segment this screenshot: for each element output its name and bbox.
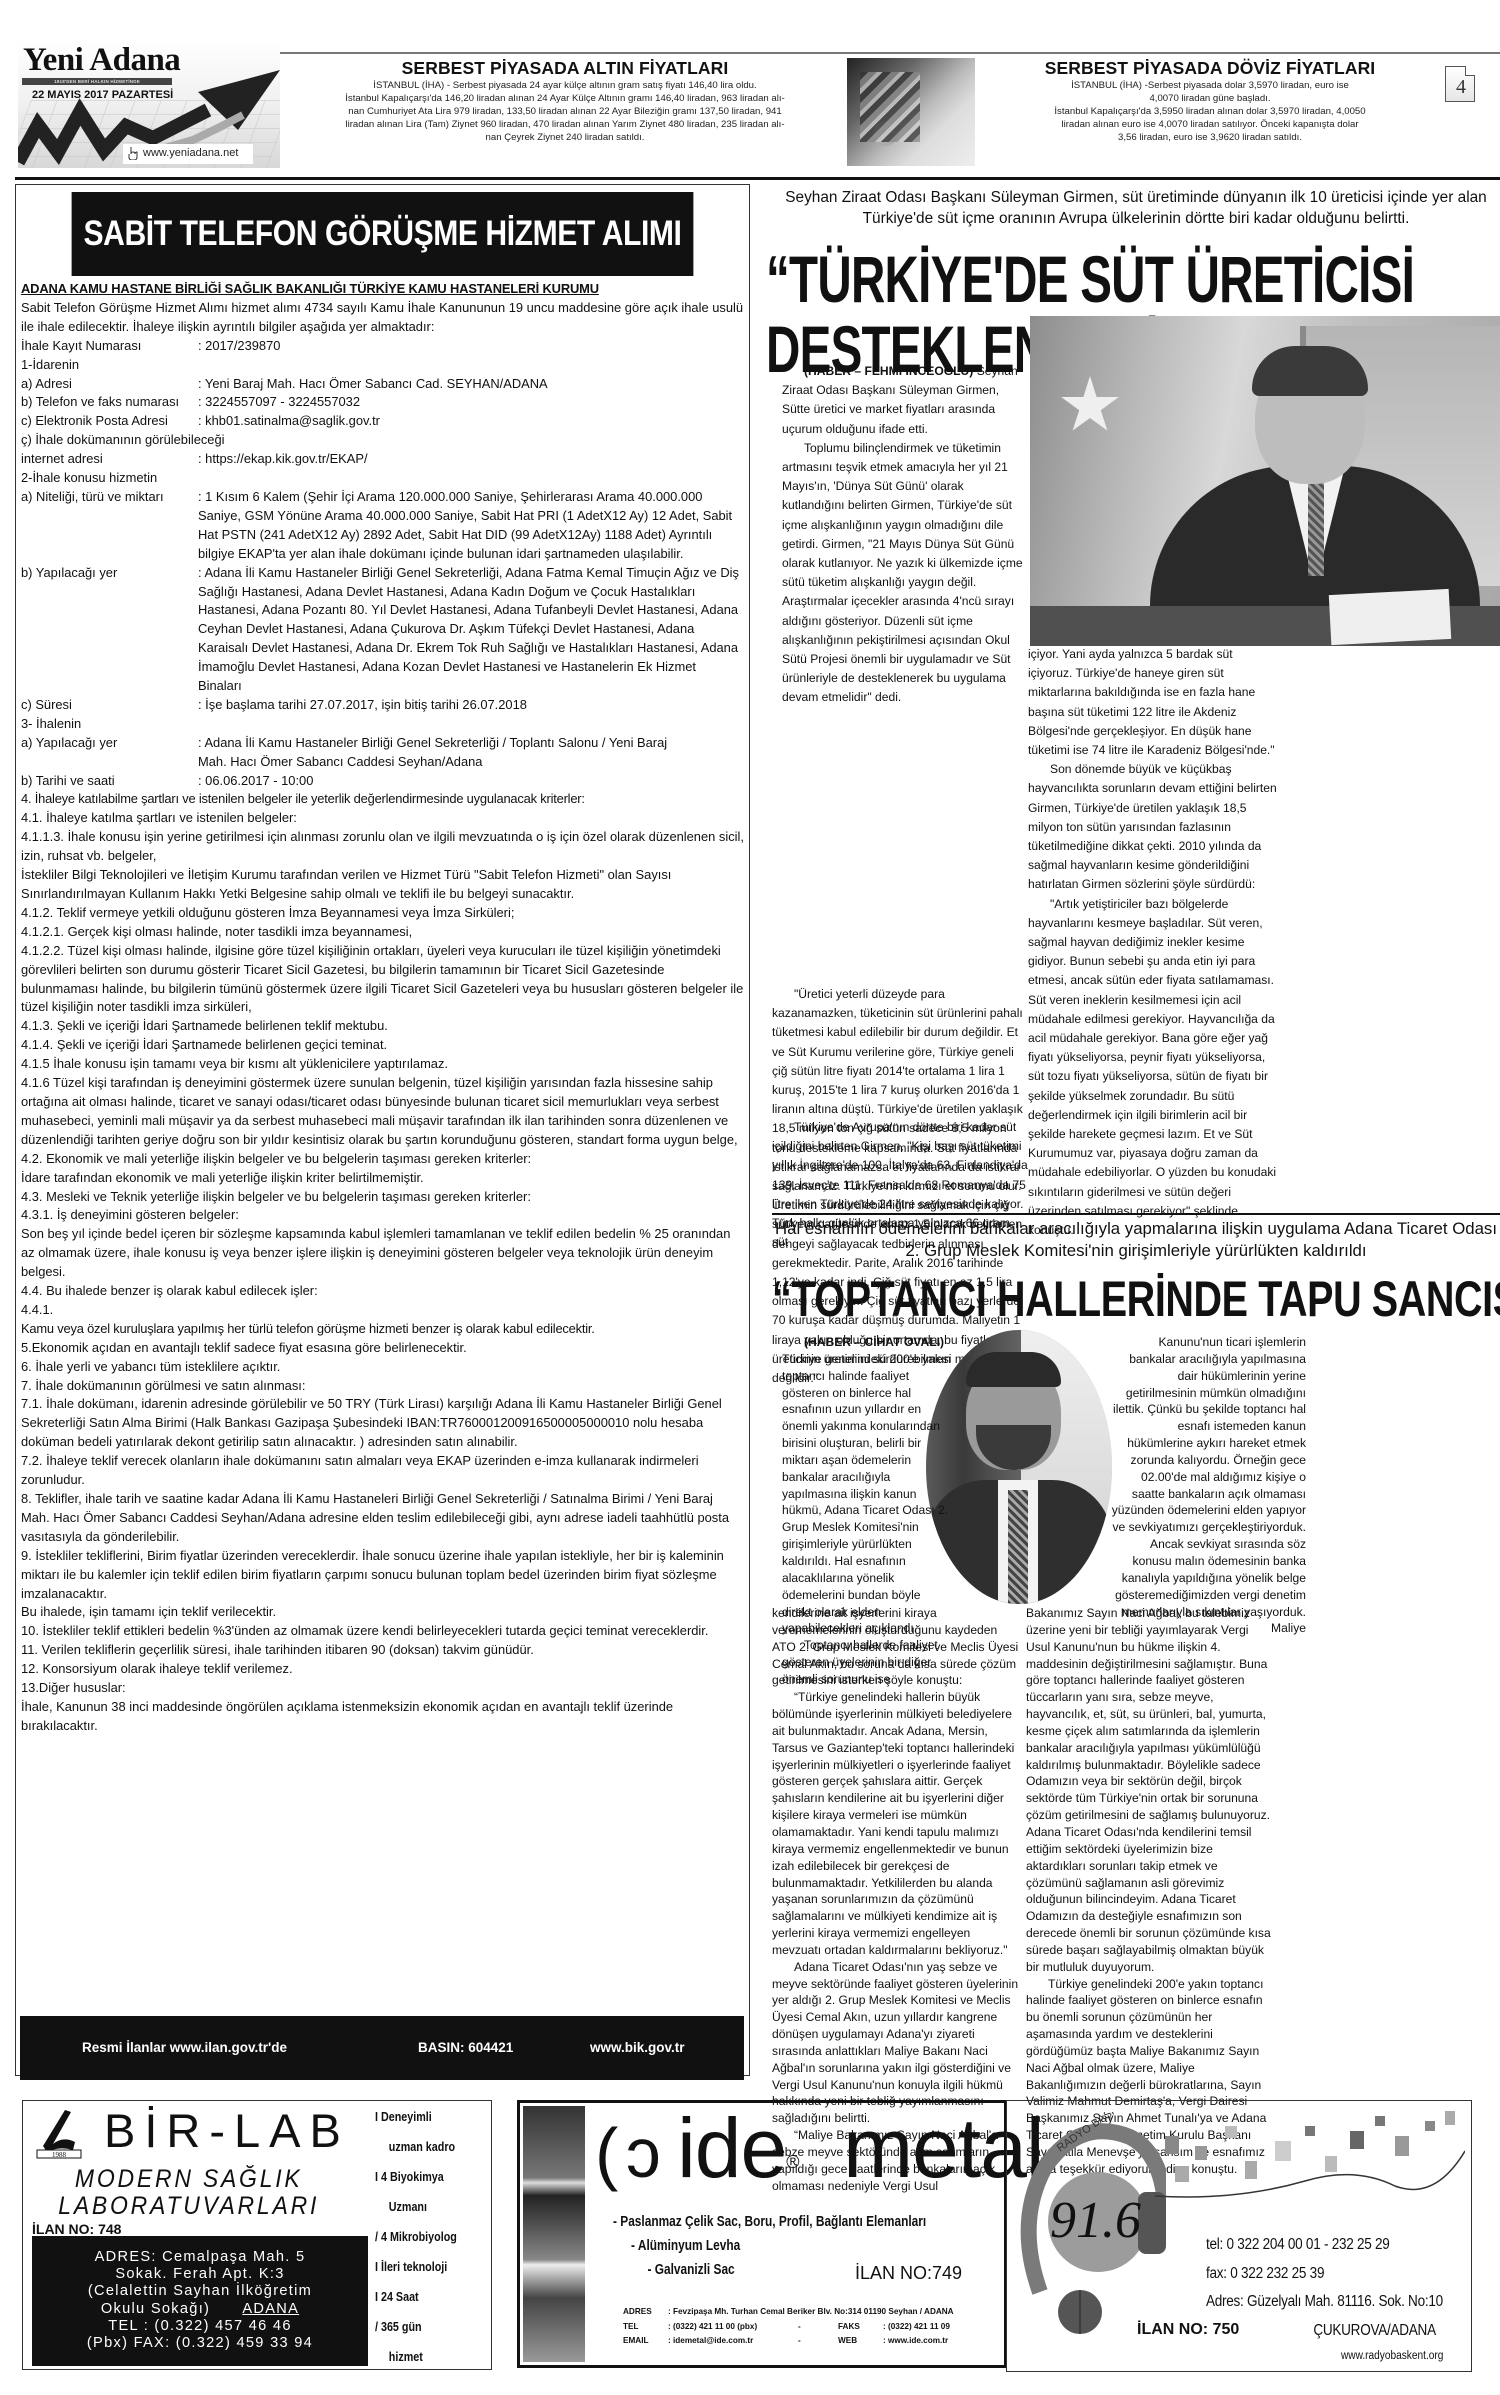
birlab-phone: TEL : (0.322) 457 46 46 (32, 2318, 368, 2335)
tender-clause: 8. Teklifler, ihale tarih ve saatine kad… (21, 1490, 744, 1547)
birlab-features-list: I Deneyimli uzman kadro I 4 Biyokimya Uz… (375, 2102, 490, 2372)
hal-article-headline: “TOPTANCI HALLERİNDE TAPU SANCISI” (772, 1270, 1500, 1328)
tender-footer-bar: Resmi İlanlar www.ilan.gov.tr'de BASIN: … (20, 2016, 744, 2080)
hal-article-lead: Hal esnafının ödemelerini bankalar aracı… (772, 1218, 1500, 1262)
birlab-ilan-no: İLAN NO: 748 (32, 2221, 121, 2237)
masthead: Yeni Adana 1918'DEN BERİ HALKIN HİZMETİN… (0, 0, 1500, 170)
hair-shape (1252, 346, 1368, 396)
svg-text:1988: 1988 (52, 2151, 67, 2159)
tender-field: c) Elektronik Posta Adresi: khb01.satina… (21, 412, 744, 431)
newspaper-slogan: 1918'DEN BERİ HALKIN HİZMETİNDE (22, 78, 172, 85)
tender-email-link[interactable]: : khb01.satinalma@saglik.gov.tr (198, 412, 744, 431)
tender-clause: 7. İhale dokümanının görülmesi ve satın … (21, 1377, 744, 1396)
hair-shape (966, 1352, 1061, 1387)
birlab-subtitle: MODERN SAĞLIK LABORATUVARLARI (30, 2166, 347, 2220)
tender-clause: 4.4. Bu ihalede benzer iş olarak kabul e… (21, 1282, 744, 1301)
masthead-rule (183, 52, 1500, 54)
birlab-address-box: ADRES: Cemalpaşa Mah. 5 Sokak. Ferah Apt… (32, 2236, 368, 2366)
tie-shape (1308, 476, 1324, 576)
radio-ilan-no: İLAN NO: 750 (1137, 2321, 1239, 2339)
tender-field: internet adresi: https://ekap.kik.gov.tr… (21, 450, 744, 469)
tender-field: 3- İhalenin (21, 715, 744, 734)
tender-clause: 9. İstekliler tekliflerini, Birim fiyatl… (21, 1547, 744, 1604)
svg-text:91.6: 91.6 (1050, 2192, 1141, 2249)
tender-clause: 4.1.5 İhale konusu işin tamamı veya bir … (21, 1055, 744, 1074)
tender-clause: İstekliler Bilgi Teknolojileri ve İletiş… (21, 866, 744, 904)
radio-website-link[interactable]: www.radyobaskent.org (1341, 2350, 1443, 2362)
newspaper-logo: Yeni Adana (23, 42, 180, 79)
tender-clause: 4.1.2.2. Tüzel kişi olması halinde, ilgi… (21, 942, 744, 1018)
tender-field: c) Süresi: İşe başlama tarihi 27.07.2017… (21, 696, 744, 715)
tender-clause: 6. İhale yerli ve yabancı tüm istekliler… (21, 1358, 744, 1377)
gold-bars-photo (860, 72, 920, 142)
tender-clause: Kamu veya özel kuruluşlara yapılmış her … (21, 1320, 744, 1339)
akin-portrait-photo (926, 1330, 1112, 1604)
tender-clause: 4.1.4. Şekli ve içeriği İdari Şartnamede… (21, 1036, 744, 1055)
tender-organization: ADANA KAMU HASTANE BİRLİĞİ SAĞLIK BAKANL… (21, 280, 744, 299)
ide-ilan-no: İLAN NO:749 (855, 2263, 962, 2284)
tender-field: b) Tarihi ve saati: 06.06.2017 - 10:00 (21, 772, 744, 791)
tender-clause: 11. Verilen tekliflerin geçerlilik süres… (21, 1641, 744, 1660)
tender-field: 2-İhale konusu hizmetin (21, 469, 744, 488)
radio-address: Adres: Güzelyalı Mah. 81116. Sok. No:10 (1206, 2288, 1443, 2317)
hal-article-col2: Kanunu'nun ticari işlemlerin bankalar ar… (1110, 1334, 1310, 1637)
website-link[interactable]: www.yeniadana.net (143, 147, 238, 159)
resmi-ilanlar-link[interactable]: Resmi İlanlar www.ilan.gov.tr'de (82, 2040, 287, 2055)
tender-clause: 13.Diğer hususlar: (21, 1679, 744, 1698)
tender-clause: 4.4.1. (21, 1301, 744, 1320)
tie-shape (1008, 1490, 1028, 1604)
currency-prices-text: İSTANBUL (İHA) -Serbest piyasada dolar 3… (975, 79, 1445, 144)
tender-clause: 7.2. İhaleye teklif verecek olanların ih… (21, 1452, 744, 1490)
birlab-logo-icon: 1988 (33, 2106, 83, 2160)
tender-clause: 4.3.1. İş deneyimini gösteren belgeler: (21, 1206, 744, 1225)
tender-field: a) Yapılacağı yer: Adana İli Kamu Hastan… (21, 734, 744, 772)
tender-clause: Bu ihalede, işin tamamı için teklif veri… (21, 1603, 744, 1622)
tender-clause: 4.1.3. Şekli ve içeriği İdari Şartnamede… (21, 1017, 744, 1036)
tender-intro: Sabit Telefon Görüşme Hizmet Alımı hizme… (21, 299, 744, 337)
tender-field: ç) İhale dokümanının görülebileceği (21, 431, 744, 450)
hal-article-col2-continued: Bakanımız Sayın Naci Ağbal, bu talebimiz… (1026, 1605, 1274, 2178)
milk-article-col1: (HABER – FEHMİ İNCEOĞLU) Seyhan Ziraat O… (782, 362, 1024, 708)
tender-banner-title: SABİT TELEFON GÖRÜŞME HİZMET ALIMI (72, 192, 694, 276)
ekap-link[interactable]: : https://ekap.kik.gov.tr/EKAP/ (198, 450, 744, 469)
ide-logo-mark-icon: ( ͻ (595, 2114, 655, 2192)
tender-clause: İdare tarafından ekonomik ve mali yeterl… (21, 1169, 744, 1188)
page-number: 4 (1446, 76, 1476, 99)
metal-products-photo (523, 2106, 585, 2362)
ide-metal-logo: ( ͻ ide® metal (595, 2103, 1044, 2198)
page-number-icon: 4 (1445, 66, 1475, 102)
gold-prices-title: SERBEST PİYASADA ALTIN FİYATLARI (270, 58, 860, 79)
tender-clause: 4.1.6 Tüzel kişi tarafından iş deneyimin… (21, 1074, 744, 1150)
birlab-fax: (Pbx) FAX: (0.322) 459 33 94 (32, 2335, 368, 2352)
tender-field: b) Yapılacağı yer: Adana İli Kamu Hastan… (21, 564, 744, 696)
tender-field: İhale Kayıt Numarası: 2017/239870 (21, 337, 744, 356)
ide-email-link[interactable]: : idemetal@ide.com.tr (668, 2334, 798, 2349)
header-divider (15, 177, 1500, 180)
tender-clause: İhale, Kanunun 38 inci maddesinde öngörü… (21, 1698, 744, 1736)
tender-clause: 4.1. İhaleye katılma şartları ve istenil… (21, 809, 744, 828)
gold-prices-text: İSTANBUL (İHA) - Serbest piyasada 24 aya… (270, 79, 860, 144)
ide-contact-info: ADRES: Fevzipaşa Mh. Turhan Cemal Berike… (623, 2305, 973, 2349)
tender-clause: 4. İhaleye katılabilme şartları ve isten… (21, 790, 744, 809)
tender-clause: 4.1.1.3. İhale konusu işin yerine getiri… (21, 828, 744, 866)
bik-link[interactable]: www.bik.gov.tr (590, 2040, 685, 2055)
hal-byline: (HABER – CİHAT OVALI) (804, 1335, 944, 1349)
issue-date: 22 MAYIS 2017 PAZARTESİ (32, 89, 173, 101)
headphones-radio-logo-icon: 91.6 RADYO BAŞKENT (1020, 2112, 1166, 2338)
tender-clause: 4.1.2. Teklif vermeye yetkili olduğunu g… (21, 904, 744, 923)
tender-field: b) Telefon ve faks numarası: 3224557097 … (21, 393, 744, 412)
tender-clause: 7.1. İhale dokümanı, idarenin adresinde … (21, 1395, 744, 1452)
tender-clause: Son beş yıl içinde bedel içeren bir sözl… (21, 1225, 744, 1282)
sound-wave-squares-decoration (1155, 2106, 1465, 2206)
logo-banner: Yeni Adana 1918'DEN BERİ HALKIN HİZMETİN… (18, 40, 280, 168)
press-code: BASIN: 604421 (418, 2040, 513, 2055)
ide-web-link[interactable]: : www.ide.com.tr (883, 2334, 948, 2349)
currency-prices-box: SERBEST PİYASADA DÖVİZ FİYATLARI İSTANBU… (975, 58, 1445, 144)
tender-clause: 5.Ekonomik açıdan en avantajlı teklif sa… (21, 1339, 744, 1358)
milk-byline: (HABER – FEHMİ İNCEOĞLU) (804, 364, 973, 378)
papers-shape (1329, 589, 1451, 645)
radio-contact-info: tel: 0 322 204 00 01 - 232 25 29 fax: 0 … (1206, 2231, 1475, 2345)
tender-clause: 10. İstekliler teklif ettikleri bedelin … (21, 1622, 744, 1641)
milk-article-lead: Seyhan Ziraat Odası Başkanı Süleyman Gir… (772, 187, 1500, 229)
milk-article-col2: içiyor. Yani ayda yalnızca 5 bardak süt … (1028, 645, 1280, 1240)
currency-prices-title: SERBEST PİYASADA DÖVİZ FİYATLARI (975, 58, 1445, 79)
birlab-name: BİR-LAB (104, 2103, 350, 2158)
tender-notice-body: ADANA KAMU HASTANE BİRLİĞİ SAĞLIK BAKANL… (21, 280, 744, 1736)
tender-field: 1-İdarenin (21, 356, 744, 375)
tender-clause: 12. Konsorsiyum olarak ihaleye teklif ve… (21, 1660, 744, 1679)
tender-field: a) Niteliği, türü ve miktarı: 1 Kısım 6 … (21, 488, 744, 564)
girmen-portrait-photo (1030, 316, 1500, 646)
pointing-hand-icon (126, 146, 140, 160)
radio-city: ÇUKUROVA/ADANA (1206, 2317, 1443, 2346)
flag-star-decoration (1060, 376, 1120, 436)
article-divider (772, 1213, 1500, 1215)
tender-clause: 4.3. Mesleki ve Teknik yeterliğe ilişkin… (21, 1188, 744, 1207)
tender-field: a) Adresi: Yeni Baraj Mah. Hacı Ömer Sab… (21, 375, 744, 394)
gold-prices-box: SERBEST PİYASADA ALTIN FİYATLARI İSTANBU… (270, 58, 860, 144)
tender-clause: 4.1.2.1. Gerçek kişi olması halinde, not… (21, 923, 744, 942)
radio-fax: fax: 0 322 232 25 39 (1206, 2260, 1443, 2289)
radio-phone: tel: 0 322 204 00 01 - 232 25 29 (1206, 2231, 1443, 2260)
tender-clause: 4.2. Ekonomik ve mali yeterliğe ilişkin … (21, 1150, 744, 1169)
